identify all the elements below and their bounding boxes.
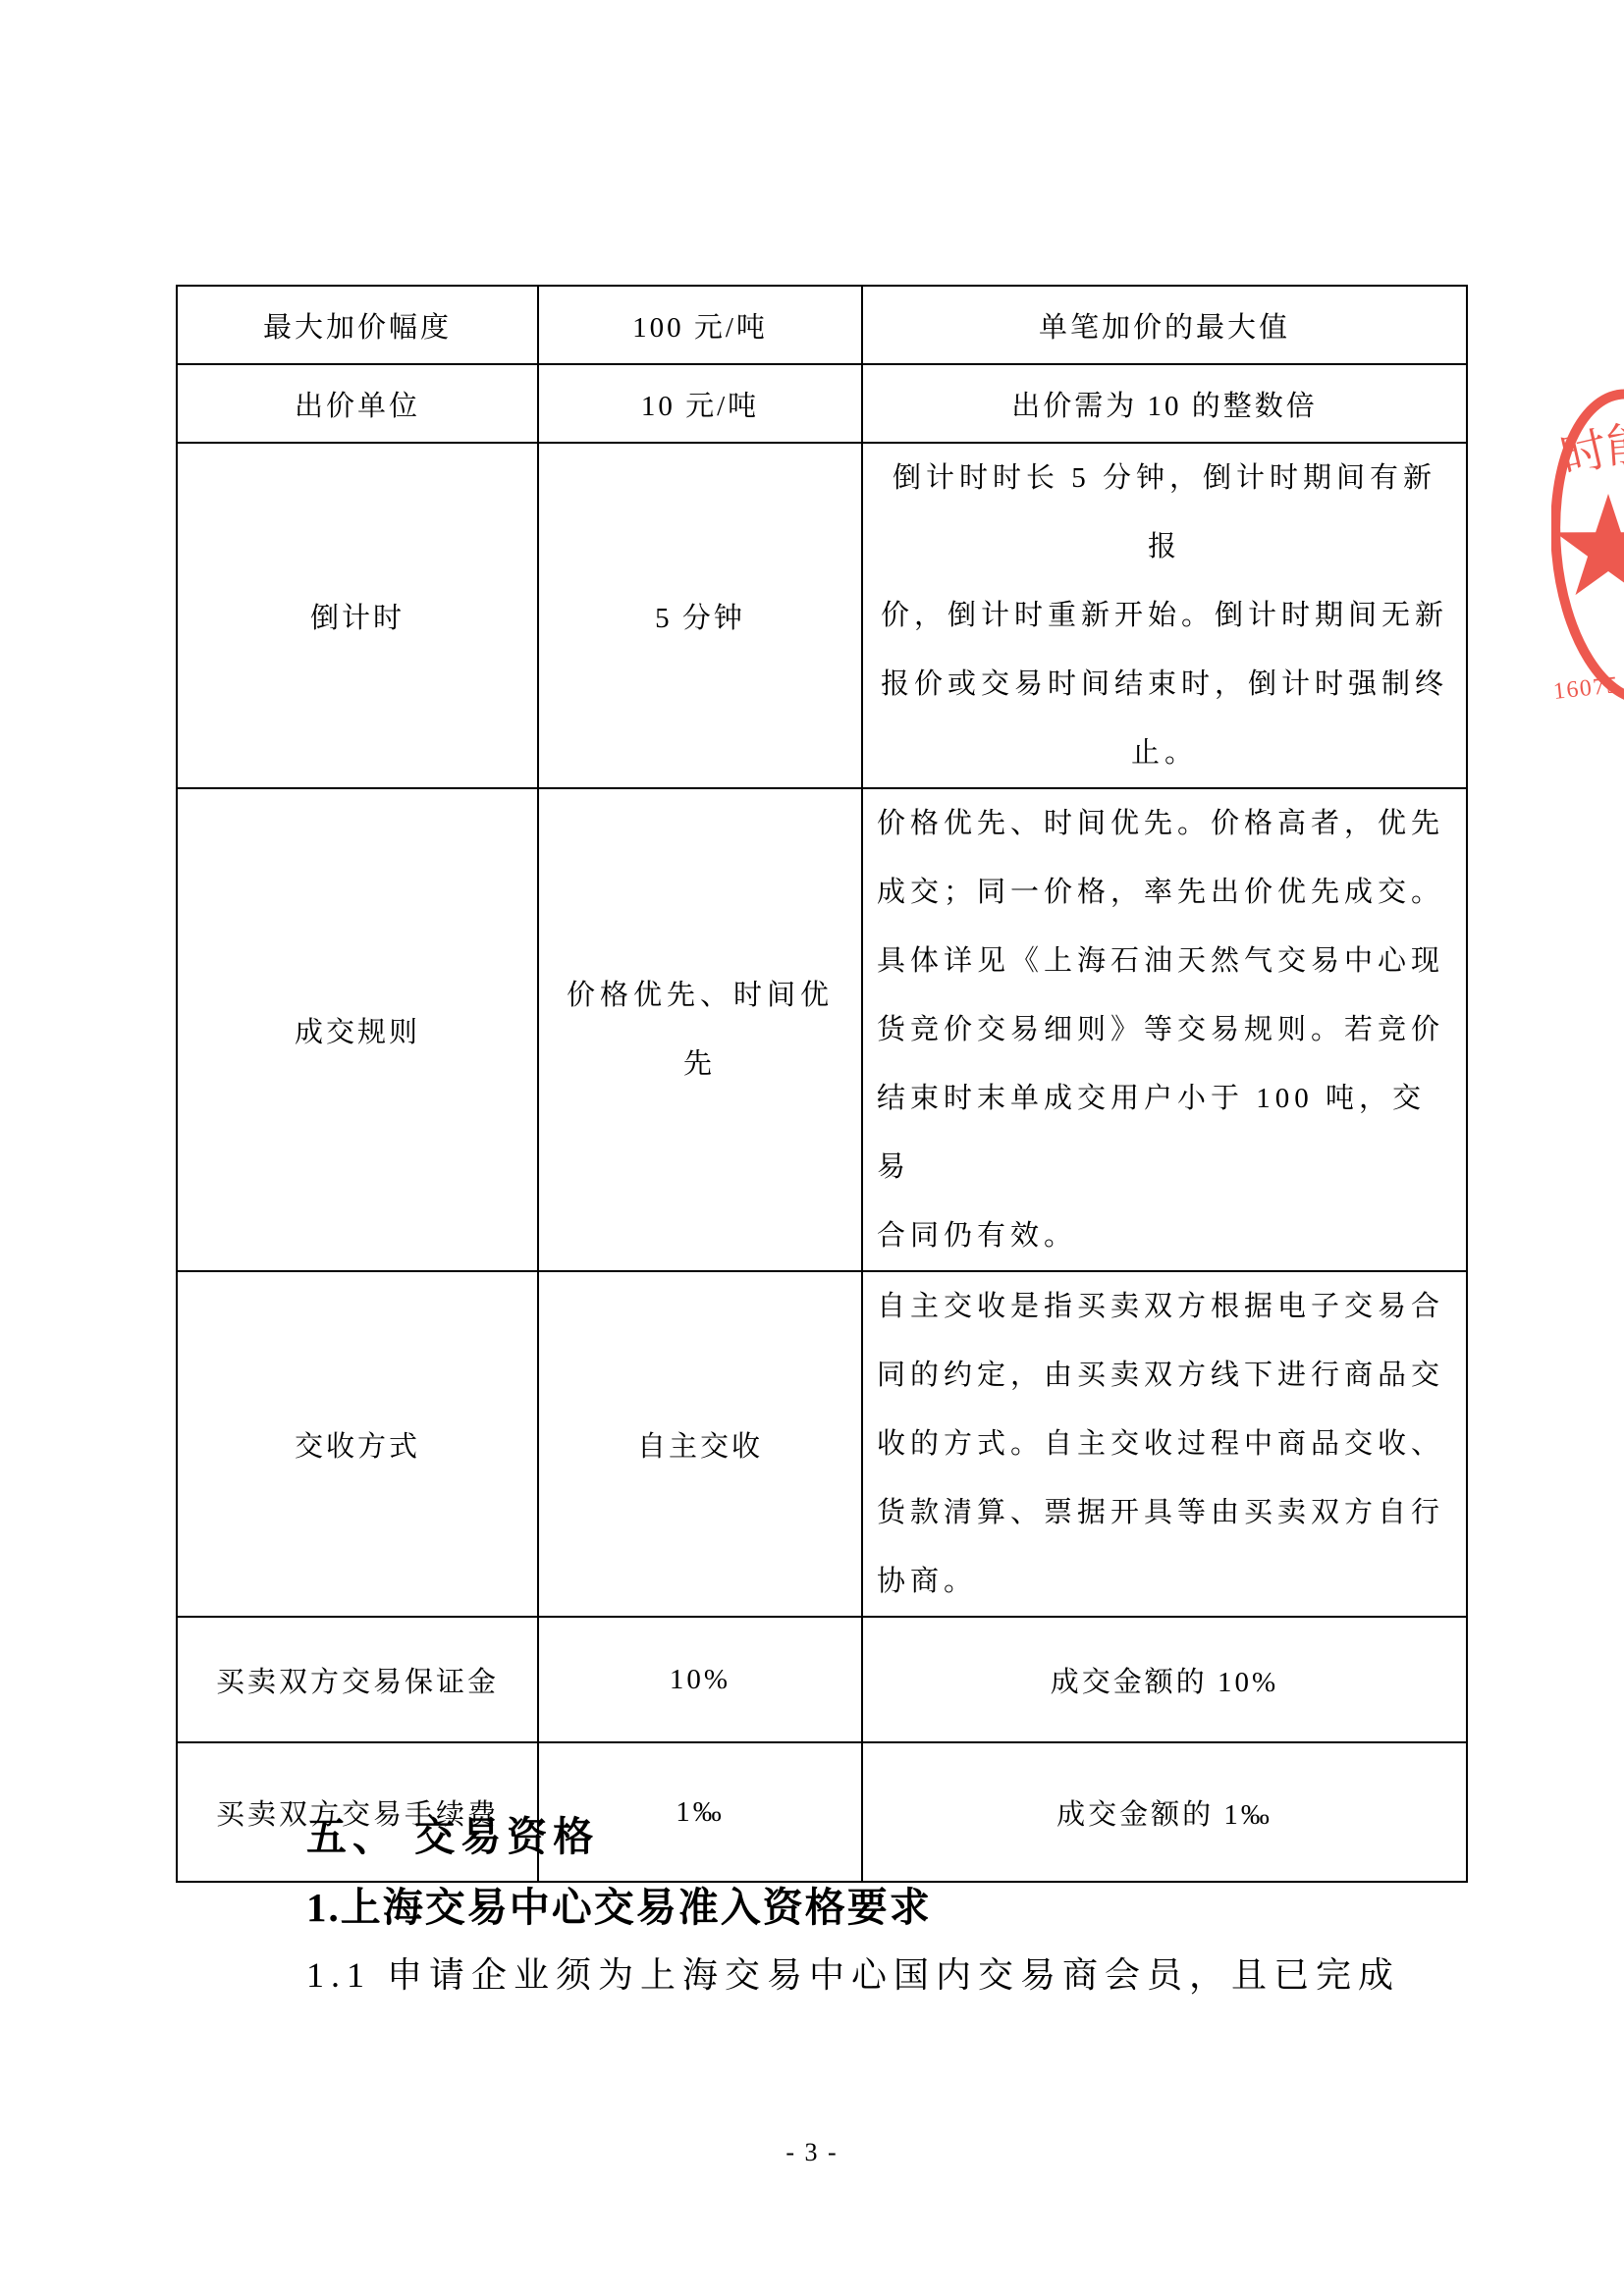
page-number: - 3 -: [0, 2138, 1624, 2167]
seal-number: 16075: [1552, 672, 1621, 705]
paragraph-line: 1.1 申请企业须为上海交易中心国内交易商会员，且已完成: [306, 1948, 1400, 1998]
table-row: 最大加价幅度 100 元/吨 单笔加价的最大值: [177, 286, 1467, 364]
table-row: 倒计时 5 分钟 倒计时时长 5 分钟，倒计时期间有新报 价，倒计时重新开始。倒…: [177, 443, 1467, 788]
table-cell-desc: 价格优先、时间优先。价格高者，优先 成交；同一价格，率先出价优先成交。 具体详见…: [862, 788, 1467, 1271]
seal-top-char-1: 时: [1556, 424, 1612, 484]
table-cell-label: 出价单位: [177, 364, 538, 443]
table-row: 买卖双方交易保证金 10% 成交金额的 10%: [177, 1617, 1467, 1742]
company-seal-stamp: 时 能 16075: [1551, 385, 1624, 715]
table-cell-value: 10 元/吨: [538, 364, 862, 443]
trading-rules-table: 最大加价幅度 100 元/吨 单笔加价的最大值 出价单位 10 元/吨 出价需为…: [176, 285, 1468, 1883]
table-cell-label: 成交规则: [177, 788, 538, 1271]
table-cell-desc: 出价需为 10 的整数倍: [862, 364, 1467, 443]
table-cell-value: 自主交收: [538, 1271, 862, 1617]
table-cell-desc: 自主交收是指买卖双方根据电子交易合 同的约定，由买卖双方线下进行商品交 收的方式…: [862, 1271, 1467, 1617]
table-row: 成交规则 价格优先、时间优 先 价格优先、时间优先。价格高者，优先 成交；同一价…: [177, 788, 1467, 1271]
table-cell-desc: 倒计时时长 5 分钟，倒计时期间有新报 价，倒计时重新开始。倒计时期间无新 报价…: [862, 443, 1467, 788]
table-cell-label: 买卖双方交易保证金: [177, 1617, 538, 1742]
table-cell-value: 10%: [538, 1617, 862, 1742]
table-cell-label: 最大加价幅度: [177, 286, 538, 364]
table-row: 出价单位 10 元/吨 出价需为 10 的整数倍: [177, 364, 1467, 443]
seal-top-char-2: 能: [1604, 419, 1624, 473]
table-cell-label: 倒计时: [177, 443, 538, 788]
table-cell-desc: 成交金额的 1‰: [862, 1742, 1467, 1882]
table-cell-desc: 成交金额的 10%: [862, 1617, 1467, 1742]
document-page: 时 能 16075 最大加价幅度 100 元/吨 单笔加价的最大值 出价单位 1…: [0, 0, 1624, 2296]
table-cell-value: 100 元/吨: [538, 286, 862, 364]
table-cell-desc: 单笔加价的最大值: [862, 286, 1467, 364]
table-cell-value: 5 分钟: [538, 443, 862, 788]
table-cell-label: 交收方式: [177, 1271, 538, 1617]
table-cell-value: 价格优先、时间优 先: [538, 788, 862, 1271]
section-heading: 五、 交易资格: [306, 1804, 599, 1862]
subsection-heading: 1.上海交易中心交易准入资格要求: [306, 1875, 932, 1933]
table-row: 交收方式 自主交收 自主交收是指买卖双方根据电子交易合 同的约定，由买卖双方线下…: [177, 1271, 1467, 1617]
seal-star-icon: [1555, 494, 1624, 595]
